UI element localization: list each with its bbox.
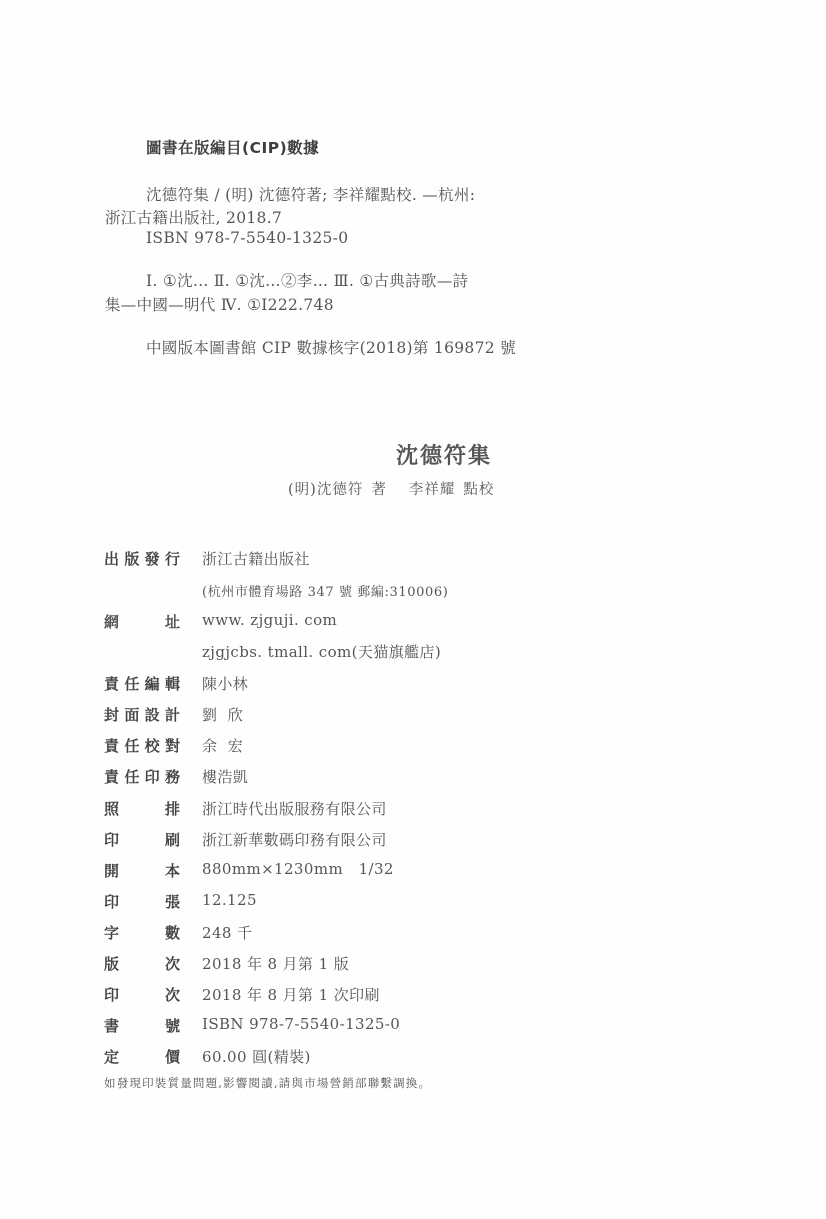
colophon-value: 余 宏 <box>202 735 243 756</box>
colophon-label: 責任校對 <box>104 735 180 756</box>
cip-isbn-line: ISBN 978-7-5540-1325-0 <box>146 229 348 247</box>
copyright-page: 圖書在版編目(CIP)數據 沈德符集 / (明) 沈德符著; 李祥耀點校. —杭… <box>0 0 826 1219</box>
colophon-value: ISBN 978-7-5540-1325-0 <box>202 1015 400 1033</box>
colophon-value: 2018 年 8 月第 1 次印刷 <box>202 984 380 1005</box>
colophon-label: 書號 <box>104 1015 180 1036</box>
colophon-value: 陳小林 <box>202 673 248 694</box>
colophon-label: 印張 <box>104 891 180 912</box>
colophon-value: 樓浩凱 <box>202 766 248 787</box>
book-title: 沈德符集 <box>0 439 826 470</box>
colophon-value: 248 千 <box>202 922 252 943</box>
colophon-value: 60.00 圓(精裝) <box>202 1046 311 1067</box>
colophon-label: 照排 <box>104 798 180 819</box>
cip-subject-line-1: Ⅰ. ①沈… Ⅱ. ①沈…②李… Ⅲ. ①古典詩歌—詩 <box>146 269 468 291</box>
colophon-label: 字數 <box>104 922 180 943</box>
editor-role: 點校 <box>463 482 494 498</box>
colophon-label: 責任編輯 <box>104 673 180 694</box>
colophon-label: 責任印務 <box>104 766 180 787</box>
cip-record-line: 中國版本圖書館 CIP 數據核字(2018)第 169872 號 <box>146 336 516 358</box>
website-link[interactable]: www. zjguji. com <box>202 611 337 629</box>
colophon-value: 2018 年 8 月第 1 版 <box>202 953 349 974</box>
colophon-label: 版次 <box>104 953 180 974</box>
author-name: (明)沈德符 <box>288 482 363 498</box>
colophon-label: 封面設計 <box>104 704 180 725</box>
cip-entry-line-1: 沈德符集 / (明) 沈德符著; 李祥耀點校. —杭州: <box>146 183 475 205</box>
colophon-label: 網址 <box>104 611 180 632</box>
store-link[interactable]: zjgjcbs. tmall. com(天猫旗艦店) <box>202 641 441 662</box>
author-role: 著 <box>371 482 387 498</box>
book-credits: (明)沈德符著李祥耀點校 <box>288 478 502 499</box>
cip-subject-line-2: 集—中國—明代 Ⅳ. ①I222.748 <box>105 293 334 315</box>
colophon-label: 定價 <box>104 1046 180 1067</box>
colophon-label: 開本 <box>104 860 180 881</box>
colophon-value: 12.125 <box>202 891 257 909</box>
editor-name: 李祥耀 <box>409 482 456 498</box>
colophon-label: 印刷 <box>104 829 180 850</box>
colophon-value: 劉 欣 <box>202 704 243 725</box>
colophon-label: 出版發行 <box>104 548 180 569</box>
cip-heading: 圖書在版編目(CIP)數據 <box>146 136 319 158</box>
colophon-value: 浙江古籍出版社 <box>202 548 310 569</box>
colophon-value: 浙江時代出版服務有限公司 <box>202 798 387 819</box>
colophon-value: (杭州市體育場路 347 號 郵編:310006) <box>202 581 448 600</box>
colophon-value: 880mm×1230mm 1/32 <box>202 860 394 878</box>
colophon-value: 浙江新華數碼印務有限公司 <box>202 829 387 850</box>
quality-notice: 如發現印裝質量問題,影響閱讀,請與市場營銷部聯繫調換。 <box>104 1075 431 1091</box>
cip-entry-line-2: 浙江古籍出版社, 2018.7 <box>105 206 282 228</box>
colophon-label: 印次 <box>104 984 180 1005</box>
